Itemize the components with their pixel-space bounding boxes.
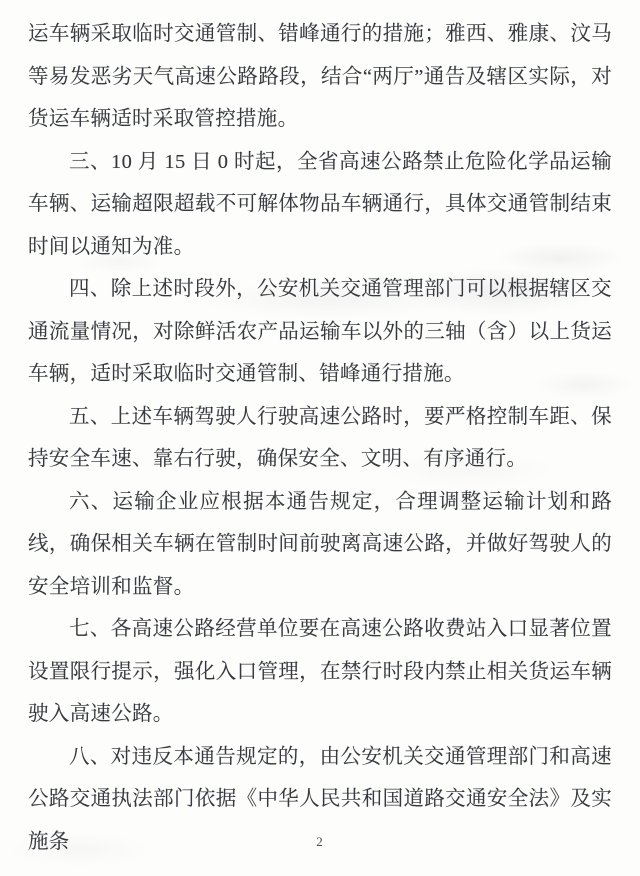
paragraph-continuation: 运车辆采取临时交通管制、错峰通行的措施；雅西、雅康、汶马等易发恶劣天气高速公路路…	[28, 13, 612, 141]
paragraph-item-6: 六、运输企业应根据本通告规定，合理调整运输计划和路线，确保相关车辆在管制时间前驶…	[28, 481, 612, 609]
document-page: 运车辆采取临时交通管制、错峰通行的措施；雅西、雅康、汶马等易发恶劣天气高速公路路…	[0, 0, 640, 876]
notice-body: 运车辆采取临时交通管制、错峰通行的措施；雅西、雅康、汶马等易发恶劣天气高速公路路…	[0, 0, 640, 863]
paragraph-item-4: 四、除上述时段外，公安机关交通管理部门可以根据辖区交通流量情况，对除鲜活农产品运…	[28, 268, 612, 396]
paragraph-item-3: 三、10 月 15 日 0 时起，全省高速公路禁止危险化学品运输车辆、运输超限超…	[28, 141, 612, 269]
page-number: 2	[0, 834, 640, 850]
paragraph-item-5: 五、上述车辆驾驶人行驶高速公路时，要严格控制车距、保持安全车速、靠右行驶，确保安…	[28, 396, 612, 481]
paragraph-item-7: 七、各高速公路经营单位要在高速公路收费站入口显著位置设置限行提示，强化入口管理，…	[28, 608, 612, 736]
